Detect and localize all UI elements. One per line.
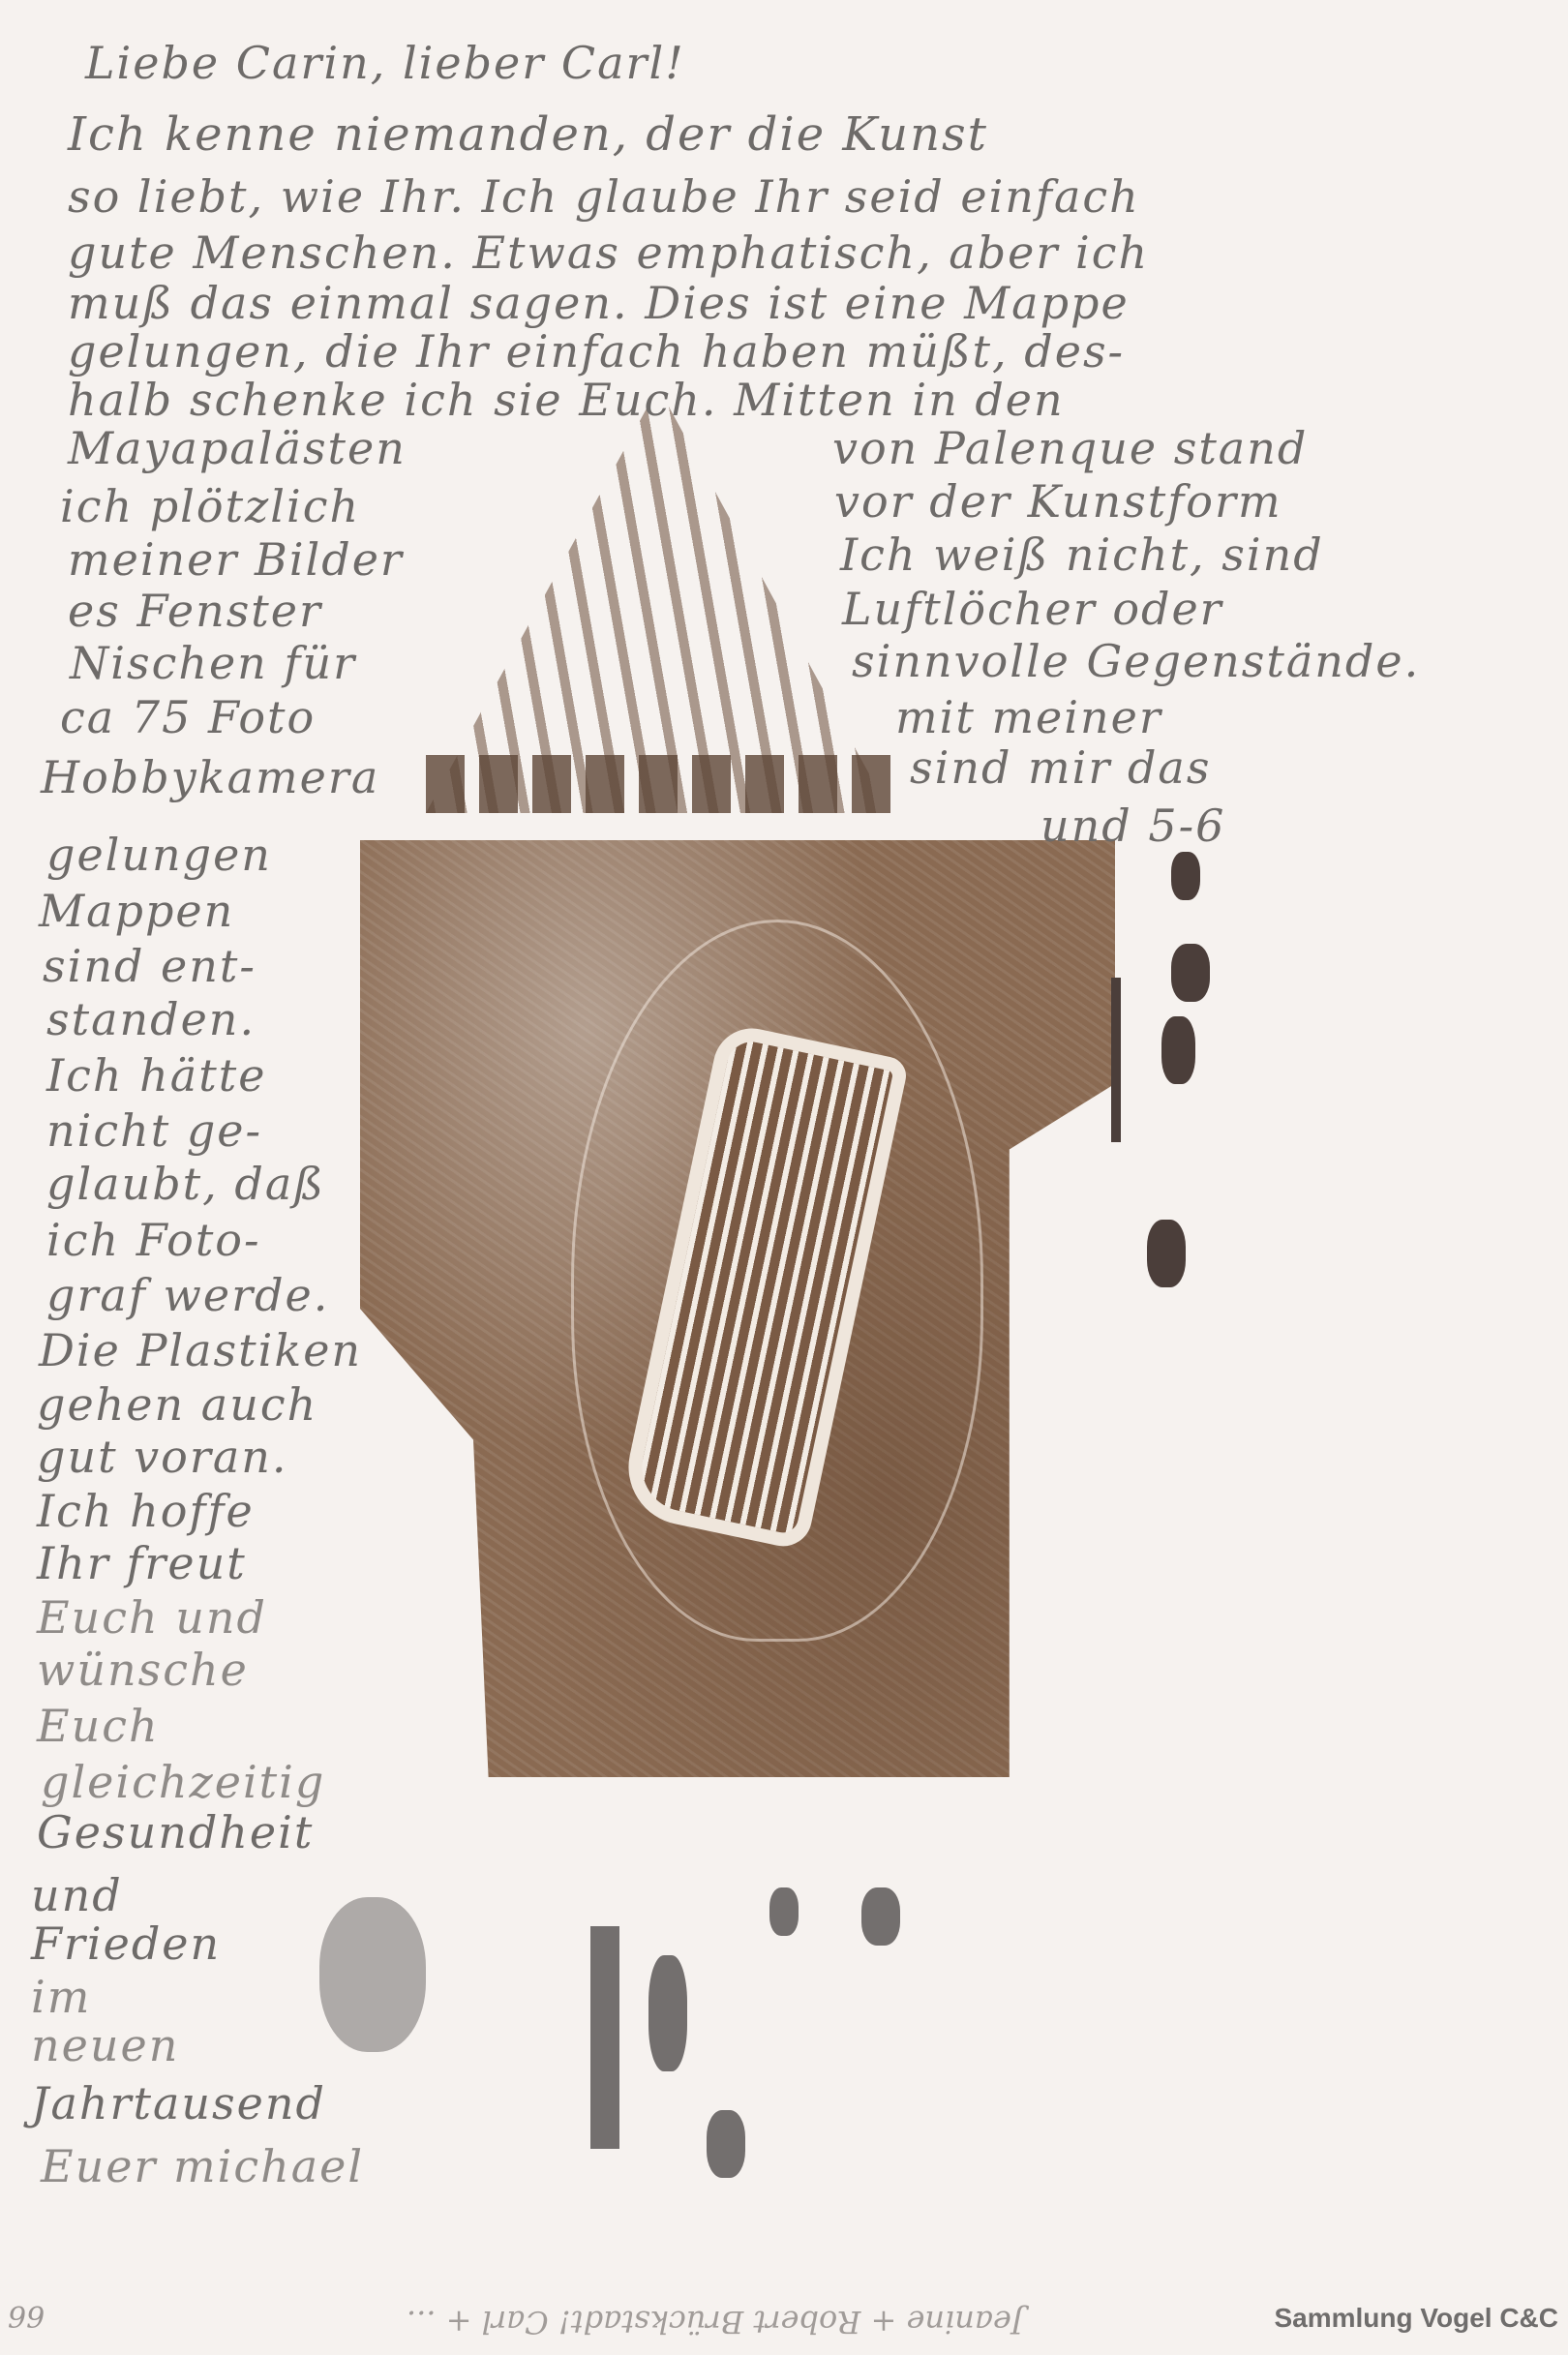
left-column-line: Ihr freut	[37, 1541, 247, 1585]
left-column-line: gut voran.	[37, 1434, 288, 1479]
left-column-line: standen.	[46, 997, 256, 1042]
print-fragment-bottom	[319, 1897, 426, 2052]
left-column-line: Gesundheit	[37, 1810, 314, 1855]
left-column-line: graf werde.	[46, 1273, 329, 1317]
left-column-line: Mappen	[39, 889, 234, 933]
print-fragment-bottom	[769, 1887, 799, 1936]
print-fragment	[1171, 852, 1200, 900]
print-fragment-bottom	[590, 1926, 619, 2149]
left-column-line: Nischen für	[70, 641, 356, 685]
left-column-line: Hobbykamera	[41, 755, 379, 800]
right-column-line: vor der Kunstform	[834, 479, 1282, 524]
left-column-line: Jahrtausend	[31, 2081, 326, 2126]
left-column-line: es Fenster	[68, 589, 322, 633]
letter-line: so liebt, wie Ihr. Ich glaube Ihr seid e…	[68, 174, 1140, 219]
letter-line: halb schenke ich sie Euch. Mitten in den	[68, 377, 1065, 422]
letter-line: gute Menschen. Etwas emphatisch, aber ic…	[68, 230, 1149, 275]
letter-line: Ich kenne niemanden, der die Kunst	[68, 111, 988, 158]
letter-signature: Euer michael	[41, 2144, 364, 2189]
right-column-line: und 5-6	[1040, 803, 1225, 848]
right-column-line: von Palenque stand	[832, 426, 1308, 470]
letter-line: gelungen, die Ihr einfach haben müßt, de…	[68, 329, 1125, 374]
left-column-line: Frieden	[31, 1921, 221, 1966]
inverted-footer-note: Jeanine + Robert Brückstadt! Carl + ...	[407, 2304, 1024, 2340]
right-column-line: sinnvolle Gegenstände.	[852, 639, 1420, 683]
letter-salutation: Liebe Carin, lieber Carl!	[85, 41, 685, 85]
print-triangle-top	[426, 387, 890, 813]
print-fragment-bottom	[861, 1887, 900, 1946]
left-column-line: Ich hätte	[46, 1053, 266, 1098]
left-column-line: glaubt, daß	[46, 1162, 325, 1206]
left-column-line: sind ent-	[43, 944, 256, 988]
right-column-line: mit meiner	[895, 695, 1162, 740]
page-number: 99	[8, 2302, 45, 2336]
left-column-line: gelungen	[46, 832, 272, 877]
print-fragment	[1171, 944, 1210, 1002]
right-column-line: Ich weiß nicht, sind	[840, 532, 1324, 577]
left-column-line: ca 75 Foto	[60, 695, 316, 740]
left-column-line: Mayapalästen	[68, 426, 407, 470]
left-column-line: meiner Bilder	[68, 537, 404, 582]
right-column-line: sind mir das	[910, 745, 1211, 790]
left-column-line: ich Foto-	[46, 1218, 261, 1262]
left-column-line: Euch und	[37, 1595, 267, 1640]
right-column-line: Luftlöcher oder	[842, 587, 1223, 631]
left-column-line: neuen	[31, 2023, 179, 2068]
print-triangle-base	[426, 755, 890, 813]
letter-line: muß das einmal sagen. Dies ist eine Mapp…	[68, 281, 1130, 325]
left-column-line: gleichzeitig	[41, 1760, 325, 1804]
left-column-line: ich plötzlich	[60, 484, 360, 528]
left-column-line: im	[31, 1975, 91, 2019]
left-column-line: wünsche	[37, 1647, 249, 1692]
left-column-line: und	[31, 1873, 123, 1917]
print-fragment-bottom	[648, 1955, 687, 2071]
left-column-line: gehen auch	[37, 1382, 317, 1427]
left-column-line: Die Plastiken	[39, 1328, 362, 1373]
print-fragment-bottom	[707, 2110, 745, 2178]
print-fragment	[1161, 1016, 1195, 1084]
left-column-line: Euch	[37, 1704, 160, 1748]
print-fragment	[1147, 1220, 1186, 1287]
left-column-line: Ich hoffe	[37, 1489, 255, 1533]
print-fragment	[1111, 978, 1121, 1142]
left-column-line: nicht ge-	[46, 1108, 262, 1153]
collection-watermark: Sammlung Vogel C&C	[1274, 2303, 1558, 2334]
